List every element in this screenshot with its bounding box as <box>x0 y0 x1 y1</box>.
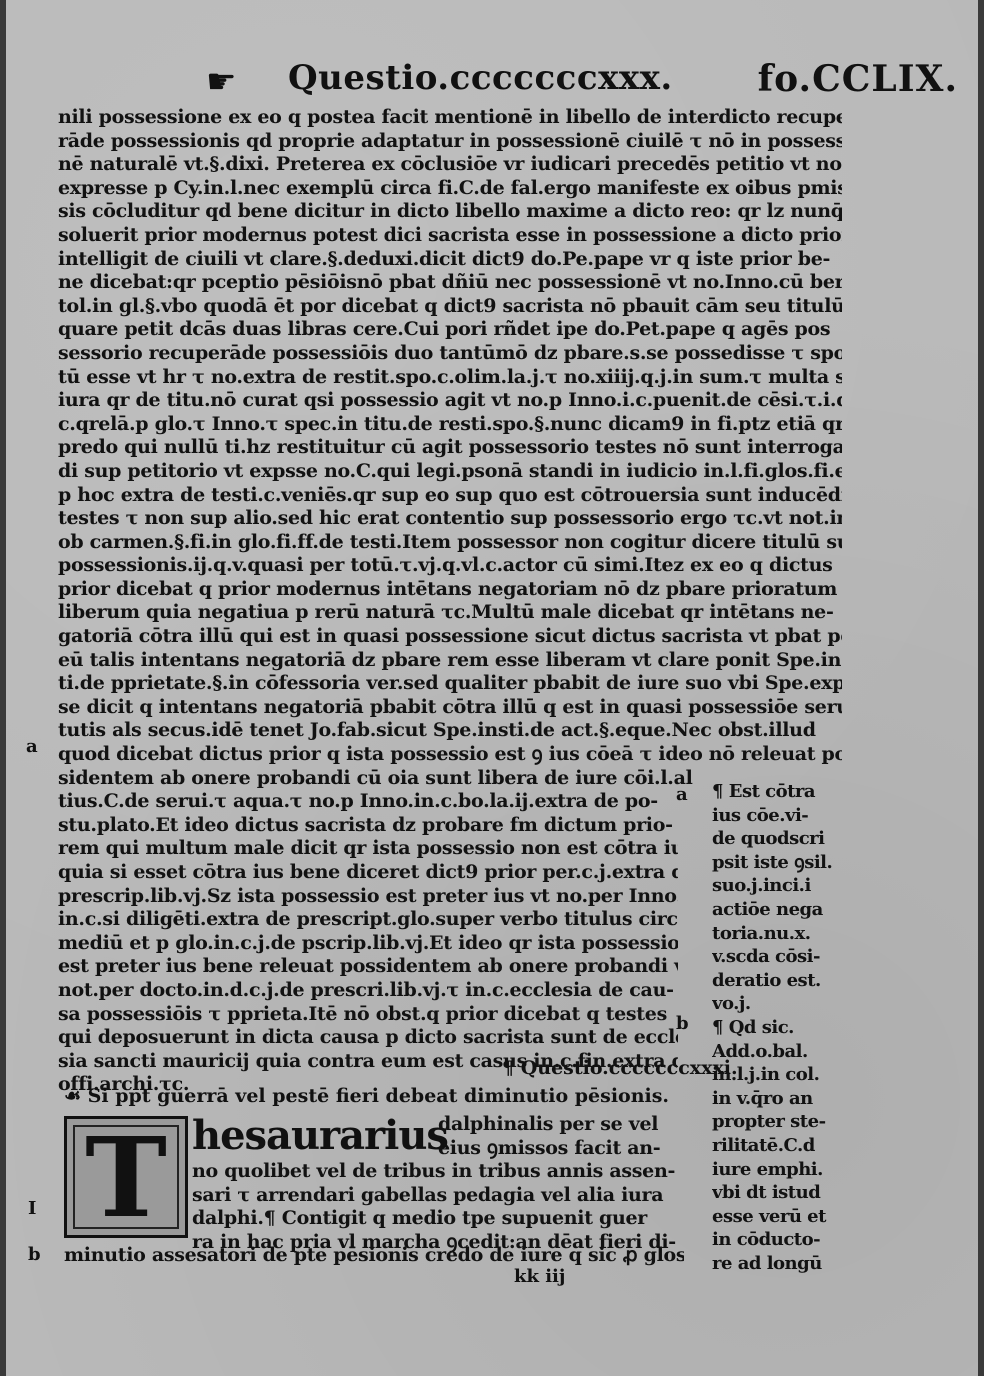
text-line: no quolibet vel de tribus in tribus anni… <box>192 1160 682 1184</box>
decorated-initial: T <box>64 1116 188 1238</box>
text-line: not.per docto.in.d.c.j.de prescri.lib.vj… <box>58 979 678 1003</box>
text-line: tutis als secus.idē tenet Jo.fab.sicut S… <box>58 719 842 743</box>
manicule-icon: ☛ <box>206 62 236 102</box>
gloss-line: v.scda cōsi- <box>712 945 852 969</box>
text-line: quia si esset cōtra ius bene diceret dic… <box>58 861 678 885</box>
text-line: sis cōcluditur qd bene dicitur in dicto … <box>58 200 842 224</box>
text-line: quare petit dcās duas libras cere.Cui po… <box>58 318 842 342</box>
folio-number: fo.CCLIX. <box>758 58 958 100</box>
text-line: sessorio recuperāde possessiōis duo tant… <box>58 342 842 366</box>
text-line: rem qui multum male dicit qr ista posses… <box>58 837 678 861</box>
gloss-line: toria.nu.x. <box>712 922 852 946</box>
gloss-line: in v.q̄ro an <box>712 1087 852 1111</box>
text-line: nili possessione ex eo q postea facit me… <box>58 106 842 130</box>
text-line: testes τ non sup alio.sed hic erat conte… <box>58 507 842 531</box>
marginal-gloss: ¶ Est cōtra ius cōe.vi- de quodscri psit… <box>712 780 852 1275</box>
text-line: iura qr de titu.nō curat qsi possessio a… <box>58 389 842 413</box>
text-line: liberum quia negatiua p rerū naturā τc.M… <box>58 601 842 625</box>
text-line: sari τ arrendari gabellas pedagia vel al… <box>192 1184 682 1208</box>
text-line: ob carmen.§.fi.in glo.fi.ff.de testi.Ite… <box>58 531 842 555</box>
text-line: mediū et p glo.in.c.j.de pscrip.lib.vj.E… <box>58 932 678 956</box>
gloss-line: deratio est. <box>712 969 852 993</box>
margin-letter-a-right: a <box>676 784 688 805</box>
gloss-line: vo.j. <box>712 992 852 1016</box>
gloss-line: in cōducto- <box>712 1228 852 1252</box>
gloss-line: ius cōe.vi- <box>712 804 852 828</box>
text-line: qui deposuerunt in dicta causa p dicto s… <box>58 1026 678 1050</box>
gloss-line: re ad longū <box>712 1252 852 1276</box>
text-line: minutio assesatori de pte pēsionis credo… <box>64 1244 684 1268</box>
margin-letter-i: I <box>28 1198 36 1219</box>
text-line: in.c.si diligēti.extra de prescript.glo.… <box>58 908 678 932</box>
question-rubric: ☙ Si ppt guerrā vel pestē fieri debeat d… <box>64 1085 669 1107</box>
text-line: nē naturalē vt.§.dixi. Preterea ex cōclu… <box>58 153 842 177</box>
text-line: prior dicebat q prior modernus intētans … <box>58 578 842 602</box>
opening-word: hesaurarius <box>192 1112 448 1159</box>
text-line: stu.plato.Et ideo dictus sacrista dz pro… <box>58 814 678 838</box>
next-question-title: ¶ Questio.cccccccxxxi. <box>502 1057 738 1079</box>
text-line: gatoriā cōtra illū qui est in quasi poss… <box>58 625 842 649</box>
text-line: predo qui nullū ti.hz restituitur cū agi… <box>58 436 842 460</box>
text-line: se dicit q intentans negatoriā pbabit cō… <box>58 696 842 720</box>
gloss-line: psit iste ꝯsil. <box>712 851 852 875</box>
opening-under-text: no quolibet vel de tribus in tribus anni… <box>192 1160 682 1254</box>
text-line: ti.de pprietate.§.in cōfessoria ver.sed … <box>58 672 842 696</box>
text-line: quod dicebat dictus prior q ista possess… <box>58 743 842 767</box>
text-line: di sup petitorio vt expsse no.C.qui legi… <box>58 460 842 484</box>
gloss-line: actiōe nega <box>712 898 852 922</box>
text-line: est preter ius bene releuat possidentem … <box>58 955 678 979</box>
text-line: possessionis.ij.q.v.quasi per totū.τ.vj.… <box>58 554 842 578</box>
text-line: eius ꝯmissos facit an- <box>438 1137 678 1161</box>
initial-letter: T <box>67 1113 185 1242</box>
page-header: ☛ Questio.cccccccxxx. fo.CCLIX. <box>206 58 958 106</box>
text-line: tius.C.de serui.τ aqua.τ no.p Inno.in.c.… <box>58 790 678 814</box>
text-line: tū esse vt hr τ no.extra de restit.spo.c… <box>58 366 842 390</box>
text-line: ne dicebat:qr pceptio pēsiōisnō pbat dñi… <box>58 271 842 295</box>
gloss-line: vbi dt istud <box>712 1181 852 1205</box>
gloss-line: suo.j.inci.i <box>712 874 852 898</box>
gloss-line: esse verū et <box>712 1205 852 1229</box>
text-line: expresse p Cy.in.l.nec exemplū circa fi.… <box>58 177 842 201</box>
margin-letter-a: a <box>26 736 38 757</box>
text-line: dalphinalis per se vel <box>438 1113 678 1137</box>
text-line: sa possessiōis τ pprieta.Itē nō obst.q p… <box>58 1003 678 1027</box>
gloss-line: ¶ Qd sic. <box>712 1016 852 1040</box>
text-line: rāde possessionis qd proprie adaptatur i… <box>58 130 842 154</box>
gloss-line: iure emphi. <box>712 1158 852 1182</box>
text-line: dalphi.¶ Contigit q medio tpe supuenit g… <box>192 1207 682 1231</box>
question-title: Questio.cccccccxxx. <box>288 58 673 98</box>
text-line: prescrip.lib.vj.Sz ista possessio est pr… <box>58 885 678 909</box>
gloss-line: rilitatē.C.d <box>712 1134 852 1158</box>
margin-letter-b: b <box>28 1244 41 1265</box>
text-line: eū talis intentans negatoriā dz pbare re… <box>58 649 842 673</box>
margin-letter-b-right: b <box>676 1013 689 1034</box>
text-line: c.qrelā.p glo.τ Inno.τ spec.in titu.de r… <box>58 413 842 437</box>
text-line: p hoc extra de testi.c.veniēs.qr sup eo … <box>58 484 842 508</box>
paragraph-mark-icon: ☙ <box>64 1085 88 1107</box>
text-line: intelligit de ciuili vt clare.§.deduxi.d… <box>58 248 842 272</box>
gloss-line: de quodscri <box>712 827 852 851</box>
text-line: tol.in gl.§.vbo quodā ēt por dicebat q d… <box>58 295 842 319</box>
book-page: ☛ Questio.cccccccxxx. fo.CCLIX. nili pos… <box>6 0 978 1376</box>
signature-mark: kk iij <box>514 1266 565 1287</box>
gloss-line: propter ste- <box>712 1110 852 1134</box>
text-line: soluerit prior modernus potest dici sacr… <box>58 224 842 248</box>
gloss-line: ¶ Est cōtra <box>712 780 852 804</box>
opening-beside-text: dalphinalis per se vel eius ꝯmissos faci… <box>438 1113 678 1160</box>
